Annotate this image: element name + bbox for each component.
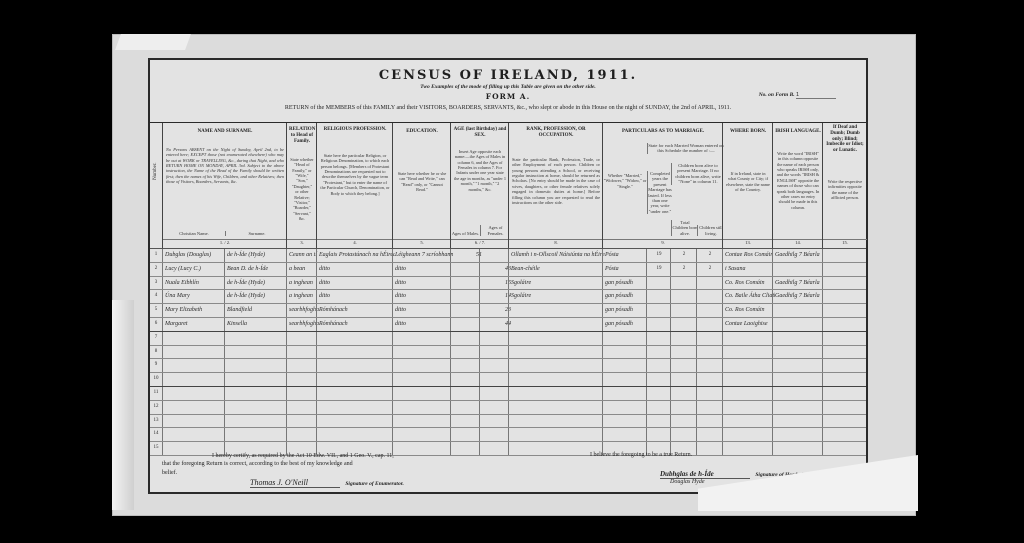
table-row: 3Nuala Eibhlínde h-Íde (Hyde)a ingheandi…	[150, 277, 866, 291]
cell-inf	[822, 263, 869, 276]
cell-relig	[316, 401, 395, 414]
cell-edu	[392, 428, 453, 441]
cell-irish	[772, 332, 825, 345]
cell-sur: Bean D. de h-Íde	[224, 263, 289, 276]
cell-n: 3	[150, 277, 162, 290]
cell-edu: Léigheann 7 scríobhann	[392, 249, 453, 262]
cell-mar: gan pósadh	[602, 290, 649, 303]
cell-relig: Rómhánach	[316, 318, 395, 331]
cell-relig	[316, 428, 395, 441]
cell-n: 4	[150, 290, 162, 303]
cell-first: Margaret	[162, 318, 227, 331]
cell-rel	[286, 373, 319, 386]
cell-rel: searbhfoghantaí	[286, 304, 319, 317]
cell-c10	[646, 373, 671, 386]
cell-rel	[286, 401, 319, 414]
cell-mar	[602, 415, 649, 428]
cell-n: 14	[150, 428, 162, 441]
cell-mar	[602, 373, 649, 386]
table-row: 5Mary ElizabethBlandfieldsearbhfoghantaí…	[150, 304, 866, 318]
cell-c10	[646, 318, 671, 331]
cell-occ	[508, 318, 605, 331]
cell-mar	[602, 428, 649, 441]
cell-occ	[508, 304, 605, 317]
form-b-number: No. on Form B. 1	[759, 92, 836, 99]
cell-born: i Sasana	[722, 263, 775, 276]
form-b-label: No. on Form B.	[759, 92, 795, 98]
paper-fold-corner	[115, 34, 191, 50]
cell-c11: 2	[670, 263, 697, 276]
cell-c11	[670, 401, 697, 414]
col-where-born: WHERE BORN. If in Ireland, state in what…	[722, 123, 773, 248]
table-row: 6MargaretKinsellasearbhfoghantaíRómhánac…	[150, 318, 866, 332]
cell-c12	[696, 304, 723, 317]
cell-relig: Eaglais Protastúnach na hÉireann	[316, 249, 395, 262]
cell-inf	[822, 249, 869, 262]
census-form: CENSUS OF IRELAND, 1911. Two Examples of…	[148, 58, 868, 494]
cell-inf	[822, 359, 869, 372]
cell-c11	[670, 387, 697, 400]
cell-n: 2	[150, 263, 162, 276]
enumerator-signature: Thomas J. O'Neill Signature of Enumerato…	[250, 478, 404, 488]
cell-inf	[822, 387, 869, 400]
cell-inf	[822, 442, 869, 455]
table-row: 7	[150, 332, 866, 346]
return-line: RETURN of the MEMBERS of this FAMILY and…	[150, 105, 866, 111]
cell-c11	[670, 346, 697, 359]
cell-n: 15	[150, 442, 162, 455]
cell-born	[722, 359, 775, 372]
col-religion: RELIGIOUS PROFESSION. State here the par…	[316, 123, 393, 248]
cell-inf	[822, 332, 869, 345]
true-return-statement: I believe the foregoing to be a true Ret…	[590, 452, 692, 458]
cell-inf	[822, 318, 869, 331]
subtitle: Two Examples of the mode of filling up t…	[150, 84, 866, 90]
cell-rel: a bean	[286, 263, 319, 276]
cell-c10	[646, 387, 671, 400]
cell-occ: Sgoláire	[508, 277, 605, 290]
cell-sur: Kinsella	[224, 318, 289, 331]
cell-occ	[508, 332, 605, 345]
cell-mar	[602, 332, 649, 345]
cell-first: Mary Elizabeth	[162, 304, 227, 317]
cell-relig	[316, 359, 395, 372]
cell-c12: 2	[696, 249, 723, 262]
cell-occ: Sgoláire	[508, 290, 605, 303]
cell-rel: searbhfoghantaí	[286, 318, 319, 331]
cell-mar: gan pósadh	[602, 304, 649, 317]
cell-irish	[772, 442, 825, 455]
cell-born	[722, 332, 775, 345]
cell-occ	[508, 359, 605, 372]
col-age: AGE (last Birthday) and SEX. Insert Age …	[450, 123, 509, 248]
cell-c12	[696, 373, 723, 386]
cell-c10	[646, 415, 671, 428]
cell-c12	[696, 346, 723, 359]
cell-inf	[822, 415, 869, 428]
cell-irish	[772, 415, 825, 428]
cell-n: 10	[150, 373, 162, 386]
cell-first	[162, 415, 227, 428]
cell-first	[162, 359, 227, 372]
table-row: 8	[150, 346, 866, 360]
census-table: Number. NAME AND SURNAME. No Persons ABS…	[150, 122, 866, 456]
cell-occ	[508, 387, 605, 400]
cell-rel: Ceann an tí	[286, 249, 319, 262]
cell-c10	[646, 290, 671, 303]
cell-inf	[822, 346, 869, 359]
cell-c11	[670, 332, 697, 345]
cell-rel: a inghean	[286, 277, 319, 290]
cell-mar: gan pósadh	[602, 277, 649, 290]
cell-irish	[772, 359, 825, 372]
cell-rel: a inghean	[286, 290, 319, 303]
table-row: 12	[150, 401, 866, 415]
cell-n: 5	[150, 304, 162, 317]
table-row: 1Dubglas (Douglas)de h-Íde (Hyde)Ceann a…	[150, 249, 866, 263]
cell-inf	[822, 401, 869, 414]
cell-mar	[602, 359, 649, 372]
cell-edu	[392, 346, 453, 359]
cell-irish	[772, 318, 825, 331]
cell-first	[162, 346, 227, 359]
col-infirmities: If Deaf and Dumb; Dumb only; Blind; Imbe…	[822, 123, 867, 248]
table-row: 11	[150, 387, 866, 401]
cell-mar: Pósta	[602, 249, 649, 262]
cell-born: Co. Ros Comáin	[722, 277, 775, 290]
cell-irish	[772, 346, 825, 359]
cell-sur: de h-Íde (Hyde)	[224, 277, 289, 290]
cell-relig	[316, 373, 395, 386]
col-education: EDUCATION. State here whether he or she …	[392, 123, 451, 248]
cell-n: 8	[150, 346, 162, 359]
cell-occ	[508, 415, 605, 428]
cell-occ	[508, 428, 605, 441]
cell-first	[162, 428, 227, 441]
cell-c10	[646, 359, 671, 372]
cell-c10: 19	[646, 249, 671, 262]
cell-born	[722, 401, 775, 414]
cell-sur	[224, 346, 289, 359]
cell-irish	[772, 373, 825, 386]
cell-first	[162, 332, 227, 345]
cell-irish	[772, 387, 825, 400]
cell-mar: gan pósadh	[602, 318, 649, 331]
cell-edu	[392, 373, 453, 386]
table-body: 1Dubglas (Douglas)de h-Íde (Hyde)Ceann a…	[150, 249, 866, 456]
cell-edu	[392, 415, 453, 428]
certification: I hereby certify, as required by the Act…	[162, 452, 582, 477]
cell-inf	[822, 290, 869, 303]
cell-c10	[646, 277, 671, 290]
cell-born: Contae Laoighise	[722, 318, 775, 331]
cell-born: Co. Baile Átha Cliath	[722, 290, 775, 303]
cell-sur	[224, 415, 289, 428]
cell-relig	[316, 346, 395, 359]
cell-born	[722, 428, 775, 441]
cell-c10	[646, 332, 671, 345]
table-header: Number. NAME AND SURNAME. No Persons ABS…	[150, 123, 866, 249]
cell-n: 11	[150, 387, 162, 400]
cell-first: Nuala Eibhlín	[162, 277, 227, 290]
cell-born	[722, 442, 775, 455]
cell-edu	[392, 359, 453, 372]
col-name: NAME AND SURNAME. No Persons ABSENT on t…	[162, 123, 287, 248]
cell-first	[162, 373, 227, 386]
cell-rel	[286, 415, 319, 428]
cell-born	[722, 387, 775, 400]
cell-irish: Gaedhilg 7 Béarla	[772, 277, 825, 290]
cell-n: 7	[150, 332, 162, 345]
paper-curl-edge	[112, 300, 134, 510]
form-b-value: 1	[796, 92, 836, 99]
table-row: 9	[150, 359, 866, 373]
cell-irish: Gaedhilg 7 Béarla	[772, 290, 825, 303]
cell-c12	[696, 332, 723, 345]
cell-rel	[286, 332, 319, 345]
cell-c10	[646, 401, 671, 414]
cell-rel	[286, 428, 319, 441]
cell-relig	[316, 415, 395, 428]
cell-born	[722, 415, 775, 428]
cell-c12	[696, 415, 723, 428]
table-row: 10	[150, 373, 866, 387]
cell-rel	[286, 387, 319, 400]
cell-sur	[224, 359, 289, 372]
cell-c12	[696, 359, 723, 372]
page-title: CENSUS OF IRELAND, 1911.	[150, 68, 866, 83]
cell-c11	[670, 373, 697, 386]
col-occupation: RANK, PROFESSION, OR OCCUPATION. State t…	[508, 123, 603, 248]
cell-irish	[772, 428, 825, 441]
cell-c10	[646, 346, 671, 359]
cell-c12	[696, 387, 723, 400]
cell-rel	[286, 359, 319, 372]
cell-n: 12	[150, 401, 162, 414]
cell-edu: ditto	[392, 304, 453, 317]
cell-c11	[670, 277, 697, 290]
col-number: Number.	[150, 123, 162, 248]
cell-born: Contae Ros Comáin	[722, 249, 775, 262]
cell-edu	[392, 401, 453, 414]
cell-n: 6	[150, 318, 162, 331]
cell-c11	[670, 428, 697, 441]
cell-relig: ditto	[316, 263, 395, 276]
cell-edu: ditto	[392, 263, 453, 276]
cell-born: Co. Ros Comáin	[722, 304, 775, 317]
cell-sur: de h-Íde (Hyde)	[224, 290, 289, 303]
table-row: 14	[150, 428, 866, 442]
cell-first	[162, 387, 227, 400]
cell-c11	[670, 415, 697, 428]
cell-edu	[392, 387, 453, 400]
cell-mar	[602, 387, 649, 400]
cell-first	[162, 401, 227, 414]
cell-first: Dubglas (Douglas)	[162, 249, 227, 262]
cell-n: 9	[150, 359, 162, 372]
cell-edu: ditto	[392, 290, 453, 303]
cell-mar	[602, 346, 649, 359]
cell-first: Úna Mary	[162, 290, 227, 303]
cell-inf	[822, 304, 869, 317]
cell-born	[722, 373, 775, 386]
cell-occ	[508, 401, 605, 414]
cell-occ	[508, 373, 605, 386]
cell-irish: Gaedhilg 7 Béarla	[772, 249, 825, 262]
cell-c12	[696, 428, 723, 441]
cell-occ	[508, 346, 605, 359]
cell-sur	[224, 332, 289, 345]
cell-sur	[224, 387, 289, 400]
cell-n: 13	[150, 415, 162, 428]
cell-sur	[224, 401, 289, 414]
cell-c12	[696, 318, 723, 331]
col-relation: RELATION to Head of Family. State whethe…	[286, 123, 317, 248]
cell-relig: Rómhánach	[316, 304, 395, 317]
table-row: 13	[150, 415, 866, 429]
cell-edu: ditto	[392, 277, 453, 290]
cell-c12	[696, 290, 723, 303]
cell-relig: ditto	[316, 290, 395, 303]
cell-first: Lucy (Lucy C.)	[162, 263, 227, 276]
cell-sur: Blandfield	[224, 304, 289, 317]
cell-c12	[696, 442, 723, 455]
cell-edu: ditto	[392, 318, 453, 331]
cell-c12: 2	[696, 263, 723, 276]
cell-born	[722, 346, 775, 359]
cell-mar	[602, 401, 649, 414]
cell-sur	[224, 428, 289, 441]
cell-c12	[696, 277, 723, 290]
table-row: 2Lucy (Lucy C.)Bean D. de h-Ídea beandit…	[150, 263, 866, 277]
cell-relig	[316, 387, 395, 400]
cell-c11	[670, 290, 697, 303]
col-irish-language: IRISH LANGUAGE. Write the word "IRISH" i…	[772, 123, 823, 248]
cell-c12	[696, 401, 723, 414]
col-marriage: PARTICULARS AS TO MARRIAGE. Whether "Mar…	[602, 123, 723, 248]
cell-n: 1	[150, 249, 162, 262]
cell-irish	[772, 263, 825, 276]
cell-sur	[224, 373, 289, 386]
cell-relig: ditto	[316, 277, 395, 290]
cell-c11: 2	[670, 249, 697, 262]
cell-irish	[772, 304, 825, 317]
cell-relig	[316, 332, 395, 345]
cell-mar: Pósta	[602, 263, 649, 276]
cell-rel	[286, 346, 319, 359]
cell-edu	[392, 332, 453, 345]
cell-c10	[646, 304, 671, 317]
cell-c10	[646, 428, 671, 441]
cell-inf	[822, 277, 869, 290]
cell-c11	[670, 359, 697, 372]
cell-irish	[772, 401, 825, 414]
cell-occ: Bean-chéile	[508, 263, 605, 276]
cell-c11	[670, 318, 697, 331]
cell-inf	[822, 373, 869, 386]
cell-c10: 19	[646, 263, 671, 276]
cell-occ: Ollamh i n-Ollscoil Náisiúnta na hÉirean…	[508, 249, 605, 262]
table-row: 4Úna Maryde h-Íde (Hyde)a ingheandittodi…	[150, 290, 866, 304]
cell-c11	[670, 304, 697, 317]
cell-inf	[822, 428, 869, 441]
cell-sur: de h-Íde (Hyde)	[224, 249, 289, 262]
